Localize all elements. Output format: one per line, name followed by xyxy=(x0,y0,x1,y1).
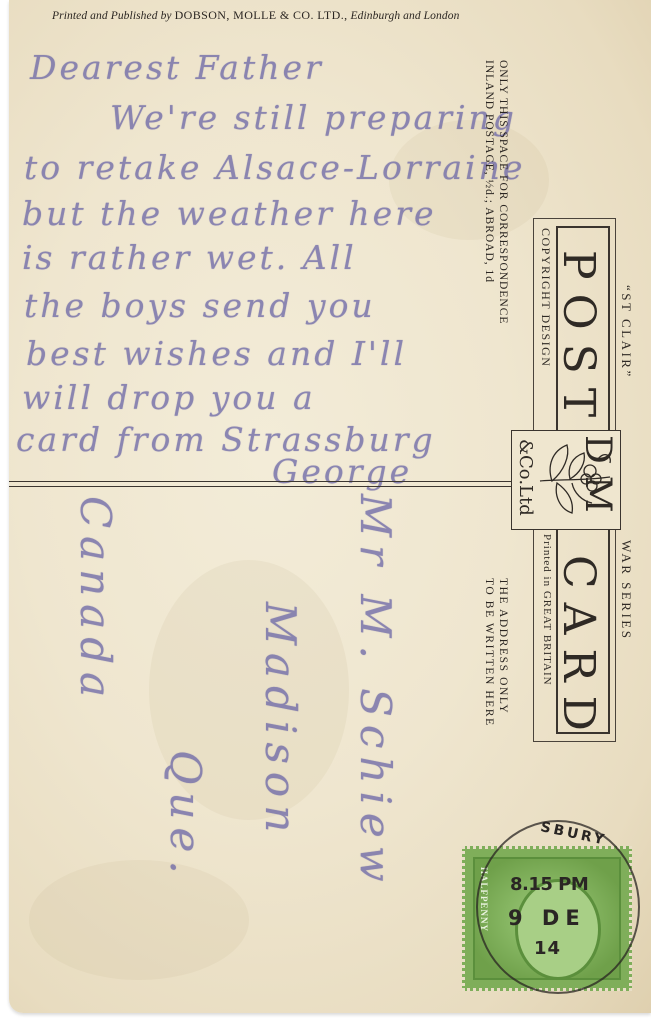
printed-by-text: Printed and Published by xyxy=(52,10,172,22)
message-line: Dearest Father xyxy=(30,48,324,87)
postmark-year: 14 xyxy=(534,938,561,959)
address-line: Madison xyxy=(256,602,305,840)
publisher-header: Printed and Published by DOBSON, MOLLE &… xyxy=(52,8,459,23)
series-name: “ST CLAIR” xyxy=(618,285,634,379)
series-type: WAR SERIES xyxy=(618,540,634,640)
publisher-location: Edinburgh and London xyxy=(351,10,460,22)
printed-in: Printed in GREAT BRITAIN xyxy=(541,534,553,686)
message-line: but the weather here xyxy=(22,194,437,233)
message-line: best wishes and I'll xyxy=(26,334,407,373)
publisher-logo: DM &Co.Ltd xyxy=(511,430,621,530)
message-line: to retake Alsace-Lorraine xyxy=(24,148,525,187)
logo-company: &Co.Ltd xyxy=(515,439,536,516)
address-label-line2: TO BE WRITTEN HERE xyxy=(482,578,496,727)
correspondence-label-line2: INLAND POSTAGE, ½d.; ABROAD, 1d xyxy=(482,60,496,324)
address-line: Que. xyxy=(161,750,210,882)
address-label-line1: THE ADDRESS ONLY xyxy=(496,578,510,727)
address-line: Mr M. Schiew xyxy=(351,494,400,890)
title-word-card: CARD xyxy=(553,555,604,745)
postmark-time: 8.15 PM xyxy=(510,874,588,895)
postmark-date: 9 DE xyxy=(508,906,586,930)
message-line: is rather wet. All xyxy=(22,238,357,277)
copyright-design: COPYRIGHT DESIGN xyxy=(538,228,553,367)
publisher-name: DOBSON, MOLLE & CO. LTD., xyxy=(175,8,348,22)
section-divider xyxy=(9,481,511,487)
message-line: We're still preparing xyxy=(110,98,517,137)
logo-monogram: DM xyxy=(577,435,618,525)
address-line: Canada xyxy=(71,496,120,705)
address-label: THE ADDRESS ONLY TO BE WRITTEN HERE xyxy=(482,578,510,727)
message-line: will drop you a xyxy=(22,378,316,417)
paper-stain xyxy=(29,860,249,980)
correspondence-label-line1: ONLY THIS SPACE FOR CORRESPONDENCE xyxy=(496,60,510,324)
title-word-post: POST xyxy=(553,250,604,431)
correspondence-label: ONLY THIS SPACE FOR CORRESPONDENCE INLAN… xyxy=(482,60,510,324)
message-line: the boys send you xyxy=(24,286,376,325)
